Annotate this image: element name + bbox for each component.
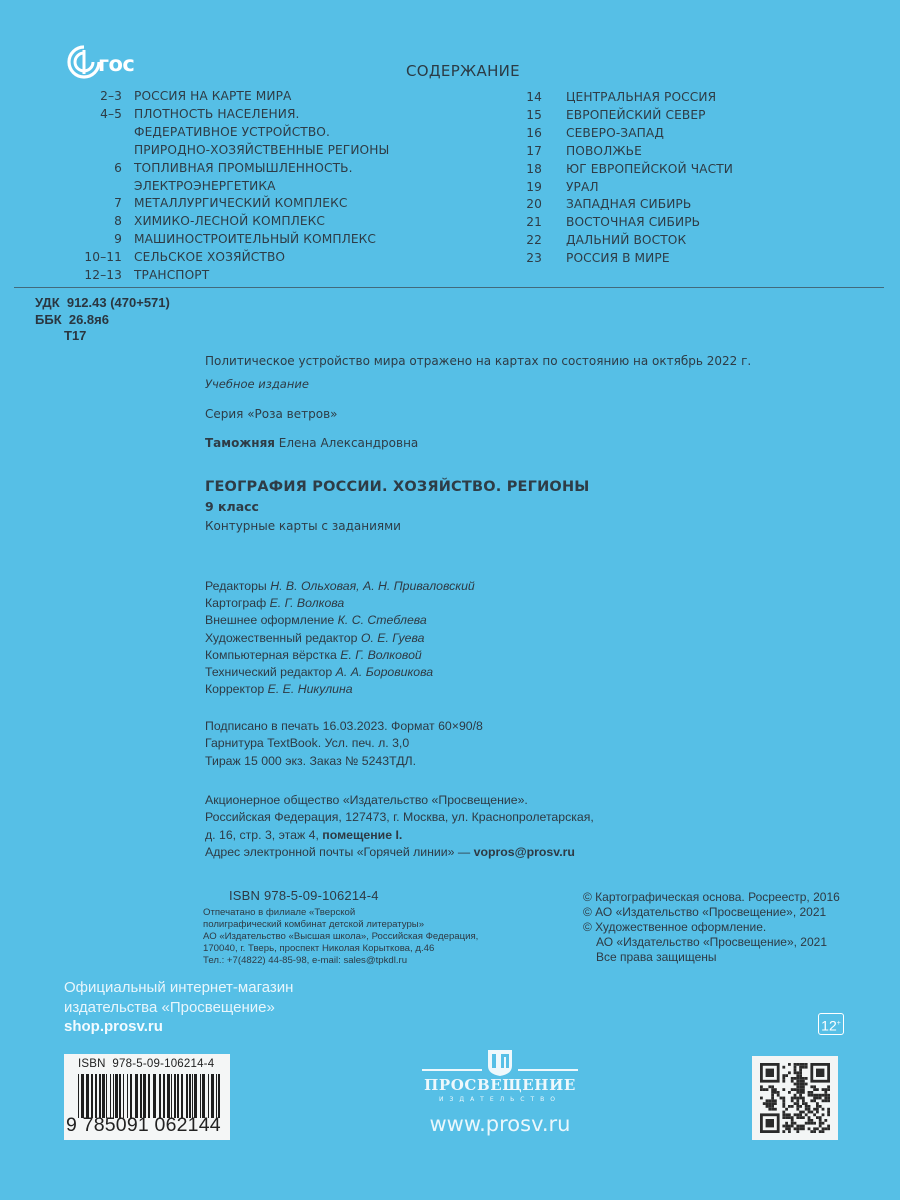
copyright-block: © Картографическая основа. Росреестр, 20… <box>583 890 840 965</box>
age-rating-badge: 12+ <box>818 1013 844 1035</box>
credit-line: Технический редактор А. А. Боровикова <box>205 664 475 681</box>
credits-list: Редакторы Н. В. Ольховая, А. Н. Привалов… <box>205 578 475 698</box>
toc-page-number: 22 <box>500 232 566 250</box>
hotline-email-line: Адрес электронной почты «Горячей линии» … <box>205 844 594 861</box>
divider <box>14 287 884 288</box>
toc-item: 10–11СЕЛЬСКОЕ ХОЗЯЙСТВО <box>72 249 389 267</box>
toc-item-title: ПРИРОДНО-ХОЗЯЙСТВЕННЫЕ РЕГИОНЫ <box>134 142 389 160</box>
toc-page-number: 7 <box>72 195 134 213</box>
publisher-logo-name: ПРОСВЕЩЕНИЕ <box>420 1076 580 1094</box>
publisher-address: Российская Федерация, 127473, г. Москва,… <box>205 809 594 826</box>
toc-item-title: ХИМИКО-ЛЕСНОЙ КОМПЛЕКС <box>134 213 325 231</box>
toc-item: 21ВОСТОЧНАЯ СИБИРЬ <box>500 214 733 232</box>
copyright-line: © Картографическая основа. Росреестр, 20… <box>583 890 840 905</box>
copyright-line: АО «Издательство «Просвещение», 2021 <box>583 935 840 950</box>
credit-names: Е. Е. Никулина <box>268 682 353 696</box>
credit-role: Художественный редактор <box>205 631 361 645</box>
toc-item-title: МЕТАЛЛУРГИЧЕСКИЙ КОМПЛЕКС <box>134 195 347 213</box>
credit-names: О. Е. Гуева <box>361 631 425 645</box>
author-code: Т17 <box>35 328 170 345</box>
barcode-isbn: ISBN 978-5-09-106214-4 <box>78 1058 214 1070</box>
copyright-line: © АО «Издательство «Просвещение», 2021 <box>583 905 840 920</box>
shop-promo: Официальный интернет-магазин издательств… <box>64 978 293 1037</box>
toc-item: 7МЕТАЛЛУРГИЧЕСКИЙ КОМПЛЕКС <box>72 195 389 213</box>
publisher-url[interactable]: www.prosv.ru <box>400 1112 600 1136</box>
printer-line: 170040, г. Тверь, проспект Николая Корыт… <box>203 943 478 955</box>
publisher-name: Акционерное общество «Издательство «Прос… <box>205 792 594 809</box>
credit-line: Компьютерная вёрстка Е. Г. Волковой <box>205 647 475 664</box>
toc-right-column: 14ЦЕНТРАЛЬНАЯ РОССИЯ15ЕВРОПЕЙСКИЙ СЕВЕР1… <box>500 89 733 268</box>
toc-item: 18ЮГ ЕВРОПЕЙСКОЙ ЧАСТИ <box>500 161 733 179</box>
toc-item: 8ХИМИКО-ЛЕСНОЙ КОМПЛЕКС <box>72 213 389 231</box>
toc-page-number: 18 <box>500 161 566 179</box>
credit-role: Компьютерная вёрстка <box>205 648 340 662</box>
toc-item: 2–3РОССИЯ НА КАРТЕ МИРА <box>72 88 389 106</box>
toc-item: 20ЗАПАДНАЯ СИБИРЬ <box>500 196 733 214</box>
address-prefix: д. 16, стр. 3, этаж 4, <box>205 828 322 842</box>
series-name: Серия «Роза ветров» <box>205 407 338 421</box>
toc-left-column: 2–3РОССИЯ НА КАРТЕ МИРА4–5ПЛОТНОСТЬ НАСЕ… <box>72 88 389 285</box>
toc-item: 17ПОВОЛЖЬЕ <box>500 143 733 161</box>
toc-item-title: ЮГ ЕВРОПЕЙСКОЙ ЧАСТИ <box>566 161 733 179</box>
toc-item: 12–13ТРАНСПОРТ <box>72 267 389 285</box>
toc-page-number: 20 <box>500 196 566 214</box>
author-surname: Таможняя <box>205 436 275 450</box>
credit-names: Н. В. Ольховая, А. Н. Приваловский <box>270 579 475 593</box>
barcode: ISBN 978-5-09-106214-4 9 785091 062144 <box>64 1054 230 1140</box>
toc-item-title: ПЛОТНОСТЬ НАСЕЛЕНИЯ. <box>134 106 300 124</box>
toc-page-number: 10–11 <box>72 249 134 267</box>
hotline-email[interactable]: vopros@prosv.ru <box>474 845 575 859</box>
hotline-label: Адрес электронной почты «Горячей линии» … <box>205 845 474 859</box>
toc-page-number: 9 <box>72 231 134 249</box>
toc-item-title: МАШИНОСТРОИТЕЛЬНЫЙ КОМПЛЕКС <box>134 231 376 249</box>
toc-item: 14ЦЕНТРАЛЬНАЯ РОССИЯ <box>500 89 733 107</box>
credit-role: Редакторы <box>205 579 270 593</box>
toc-page-number <box>72 124 134 142</box>
toc-item: 16СЕВЕРО-ЗАПАД <box>500 125 733 143</box>
toc-title: СОДЕРЖАНИЕ <box>0 62 900 80</box>
publisher-address-cont: д. 16, стр. 3, этаж 4, помещение I. <box>205 827 594 844</box>
toc-item-title: СЕЛЬСКОЕ ХОЗЯЙСТВО <box>134 249 285 267</box>
toc-item-title: РОССИЯ В МИРЕ <box>566 250 670 268</box>
political-note: Политическое устройство мира отражено на… <box>205 354 751 368</box>
age-plus: + <box>837 1020 841 1027</box>
toc-page-number <box>72 178 134 196</box>
toc-item: 15ЕВРОПЕЙСКИЙ СЕВЕР <box>500 107 733 125</box>
toc-item-title: ФЕДЕРАТИВНОЕ УСТРОЙСТВО. <box>134 124 330 142</box>
prosveshchenie-emblem-icon <box>420 1046 580 1076</box>
author-name: Елена Александровна <box>275 436 418 450</box>
printer-line: АО «Издательство «Высшая школа», Российс… <box>203 931 478 943</box>
credit-names: Е. Г. Волковой <box>340 648 422 662</box>
credit-line: Редакторы Н. В. Ольховая, А. Н. Привалов… <box>205 578 475 595</box>
credit-line: Корректор Е. Е. Никулина <box>205 681 475 698</box>
shop-line: Официальный интернет-магазин <box>64 978 293 998</box>
toc-item-title: УРАЛ <box>566 179 599 197</box>
toc-item-title: ЦЕНТРАЛЬНАЯ РОССИЯ <box>566 89 716 107</box>
toc-item-title: ЭЛЕКТРОЭНЕРГЕТИКА <box>134 178 276 196</box>
age-rating: 12 <box>821 1018 837 1034</box>
printer-info: Отпечатано в филиале «Тверской полиграфи… <box>203 907 478 967</box>
toc-item: 4–5ПЛОТНОСТЬ НАСЕЛЕНИЯ. <box>72 106 389 124</box>
publisher-logo-subtitle: ИЗДАТЕЛЬСТВО <box>420 1096 580 1103</box>
toc-page-number: 8 <box>72 213 134 231</box>
toc-item-title: РОССИЯ НА КАРТЕ МИРА <box>134 88 291 106</box>
credit-line: Внешнее оформление К. С. Стеблева <box>205 612 475 629</box>
toc-page-number: 15 <box>500 107 566 125</box>
toc-item: 9МАШИНОСТРОИТЕЛЬНЫЙ КОМПЛЕКС <box>72 231 389 249</box>
print-info: Подписано в печать 16.03.2023. Формат 60… <box>205 718 483 770</box>
toc-item-title: СЕВЕРО-ЗАПАД <box>566 125 664 143</box>
credit-names: К. С. Стеблева <box>338 613 427 627</box>
author: Таможняя Елена Александровна <box>205 436 418 450</box>
rights-reserved: Все права защищены <box>583 950 840 965</box>
toc-item-title: ЕВРОПЕЙСКИЙ СЕВЕР <box>566 107 706 125</box>
toc-page-number: 19 <box>500 179 566 197</box>
classification-codes: УДК 912.43 (470+571) ББК 26.8я6 Т17 <box>35 295 170 345</box>
credit-role: Картограф <box>205 596 270 610</box>
toc-item: ЭЛЕКТРОЭНЕРГЕТИКА <box>72 178 389 196</box>
shop-link[interactable]: shop.prosv.ru <box>64 1018 163 1035</box>
credit-names: Е. Г. Волкова <box>270 596 345 610</box>
book-title: ГЕОГРАФИЯ РОССИИ. ХОЗЯЙСТВО. РЕГИОНЫ <box>205 479 590 495</box>
grade: 9 класс <box>205 499 259 514</box>
toc-page-number: 17 <box>500 143 566 161</box>
print-info-line: Гарнитура TextBook. Усл. печ. л. 3,0 <box>205 735 483 752</box>
barcode-digits: 9 785091 062144 <box>66 1114 221 1137</box>
isbn: ISBN 978-5-09-106214-4 <box>229 888 379 903</box>
credit-role: Технический редактор <box>205 665 336 679</box>
toc-page-number: 21 <box>500 214 566 232</box>
printer-line: Отпечатано в филиале «Тверской <box>203 907 478 919</box>
toc-item-title: ТОПЛИВНАЯ ПРОМЫШЛЕННОСТЬ. <box>134 160 353 178</box>
credit-role: Внешнее оформление <box>205 613 338 627</box>
qr-code[interactable] <box>752 1056 838 1140</box>
credit-names: А. А. Боровикова <box>336 665 433 679</box>
toc-page-number: 14 <box>500 89 566 107</box>
prosveshchenie-logo: ПРОСВЕЩЕНИЕ ИЗДАТЕЛЬСТВО <box>420 1046 580 1116</box>
credit-line: Картограф Е. Г. Волкова <box>205 595 475 612</box>
edition-type: Учебное издание <box>205 377 309 391</box>
toc-item: 6ТОПЛИВНАЯ ПРОМЫШЛЕННОСТЬ. <box>72 160 389 178</box>
toc-item-title: ПОВОЛЖЬЕ <box>566 143 642 161</box>
toc-item: 19УРАЛ <box>500 179 733 197</box>
toc-item: ПРИРОДНО-ХОЗЯЙСТВЕННЫЕ РЕГИОНЫ <box>72 142 389 160</box>
toc-item-title: ТРАНСПОРТ <box>134 267 209 285</box>
toc-page-number: 2–3 <box>72 88 134 106</box>
toc-item-title: ДАЛЬНИЙ ВОСТОК <box>566 232 686 250</box>
printer-line: полиграфический комбинат детской литерат… <box>203 919 478 931</box>
toc-page-number: 16 <box>500 125 566 143</box>
toc-page-number: 12–13 <box>72 267 134 285</box>
toc-page-number <box>72 142 134 160</box>
udk-code: УДК 912.43 (470+571) <box>35 295 170 312</box>
print-info-line: Тираж 15 000 экз. Заказ № 5243ТДЛ. <box>205 753 483 770</box>
credit-role: Корректор <box>205 682 268 696</box>
barcode-bars-icon <box>78 1074 222 1118</box>
print-info-line: Подписано в печать 16.03.2023. Формат 60… <box>205 718 483 735</box>
toc-item-title: ЗАПАДНАЯ СИБИРЬ <box>566 196 691 214</box>
publisher-info: Акционерное общество «Издательство «Прос… <box>205 792 594 861</box>
credit-line: Художественный редактор О. Е. Гуева <box>205 630 475 647</box>
toc-item-title: ВОСТОЧНАЯ СИБИРЬ <box>566 214 700 232</box>
toc-page-number: 23 <box>500 250 566 268</box>
printer-line: Тел.: +7(4822) 44-85-98, e-mail: sales@t… <box>203 955 478 967</box>
toc-item: 22ДАЛЬНИЙ ВОСТОК <box>500 232 733 250</box>
copyright-line: © Художественное оформление. <box>583 920 840 935</box>
toc-page-number: 6 <box>72 160 134 178</box>
toc-page-number: 4–5 <box>72 106 134 124</box>
toc-item: 23РОССИЯ В МИРЕ <box>500 250 733 268</box>
qr-code-icon <box>760 1063 830 1133</box>
address-room: помещение I. <box>322 828 402 842</box>
toc-item: ФЕДЕРАТИВНОЕ УСТРОЙСТВО. <box>72 124 389 142</box>
bbk-code: ББК 26.8я6 <box>35 312 170 329</box>
book-subtitle: Контурные карты с заданиями <box>205 519 401 533</box>
shop-line: издательства «Просвещение» <box>64 998 293 1018</box>
